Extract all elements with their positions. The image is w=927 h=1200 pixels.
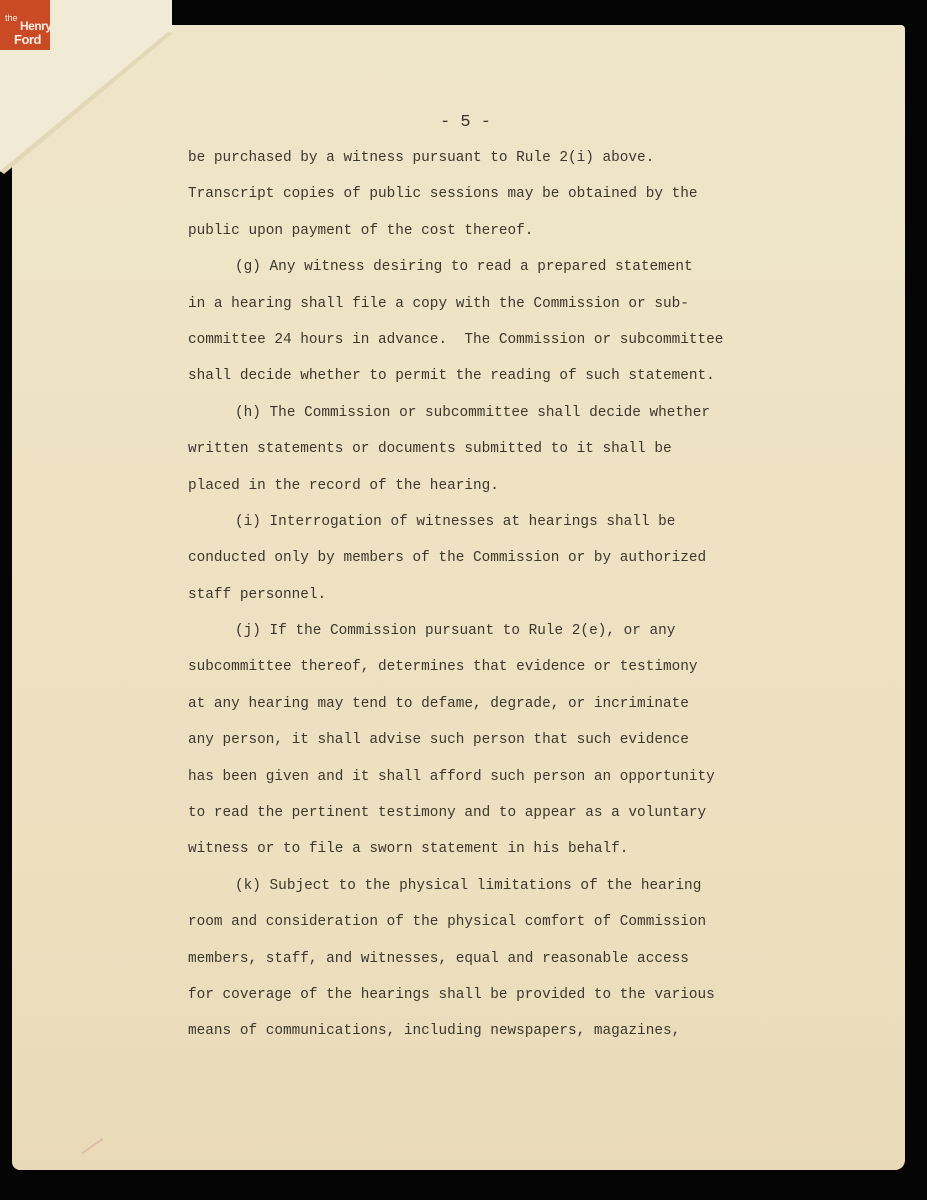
- typed-body-text: be purchased by a witness pursuant to Ru…: [188, 146, 808, 1056]
- text-line: witness or to file a sworn statement in …: [188, 837, 808, 873]
- text-line: means of communications, including newsp…: [188, 1019, 808, 1055]
- text-line: staff personnel.: [188, 583, 808, 619]
- text-line: any person, it shall advise such person …: [188, 728, 808, 764]
- text-line: (g) Any witness desiring to read a prepa…: [188, 255, 808, 291]
- text-line: (k) Subject to the physical limitations …: [188, 874, 808, 910]
- text-line: placed in the record of the hearing.: [188, 474, 808, 510]
- text-line: public upon payment of the cost thereof.: [188, 219, 808, 255]
- text-line: shall decide whether to permit the readi…: [188, 364, 808, 400]
- text-line: room and consideration of the physical c…: [188, 910, 808, 946]
- text-line: in a hearing shall file a copy with the …: [188, 292, 808, 328]
- page-number: - 5 -: [440, 113, 491, 132]
- logo-ford: Ford: [14, 33, 41, 46]
- text-line: (i) Interrogation of witnesses at hearin…: [188, 510, 808, 546]
- logo-henry: Henry: [20, 20, 52, 32]
- text-line: members, staff, and witnesses, equal and…: [188, 947, 808, 983]
- text-line: written statements or documents submitte…: [188, 437, 808, 473]
- text-line: to read the pertinent testimony and to a…: [188, 801, 808, 837]
- text-line: for coverage of the hearings shall be pr…: [188, 983, 808, 1019]
- text-line: Transcript copies of public sessions may…: [188, 182, 808, 218]
- text-line: (j) If the Commission pursuant to Rule 2…: [188, 619, 808, 655]
- text-line: (h) The Commission or subcommittee shall…: [188, 401, 808, 437]
- text-line: committee 24 hours in advance. The Commi…: [188, 328, 808, 364]
- text-line: has been given and it shall afford such …: [188, 765, 808, 801]
- text-line: conducted only by members of the Commiss…: [188, 546, 808, 582]
- text-line: at any hearing may tend to defame, degra…: [188, 692, 808, 728]
- text-line: subcommittee thereof, determines that ev…: [188, 655, 808, 691]
- henry-ford-logo: the Henry Ford: [0, 0, 50, 50]
- text-line: be purchased by a witness pursuant to Ru…: [188, 146, 808, 182]
- logo-the: the: [5, 14, 18, 23]
